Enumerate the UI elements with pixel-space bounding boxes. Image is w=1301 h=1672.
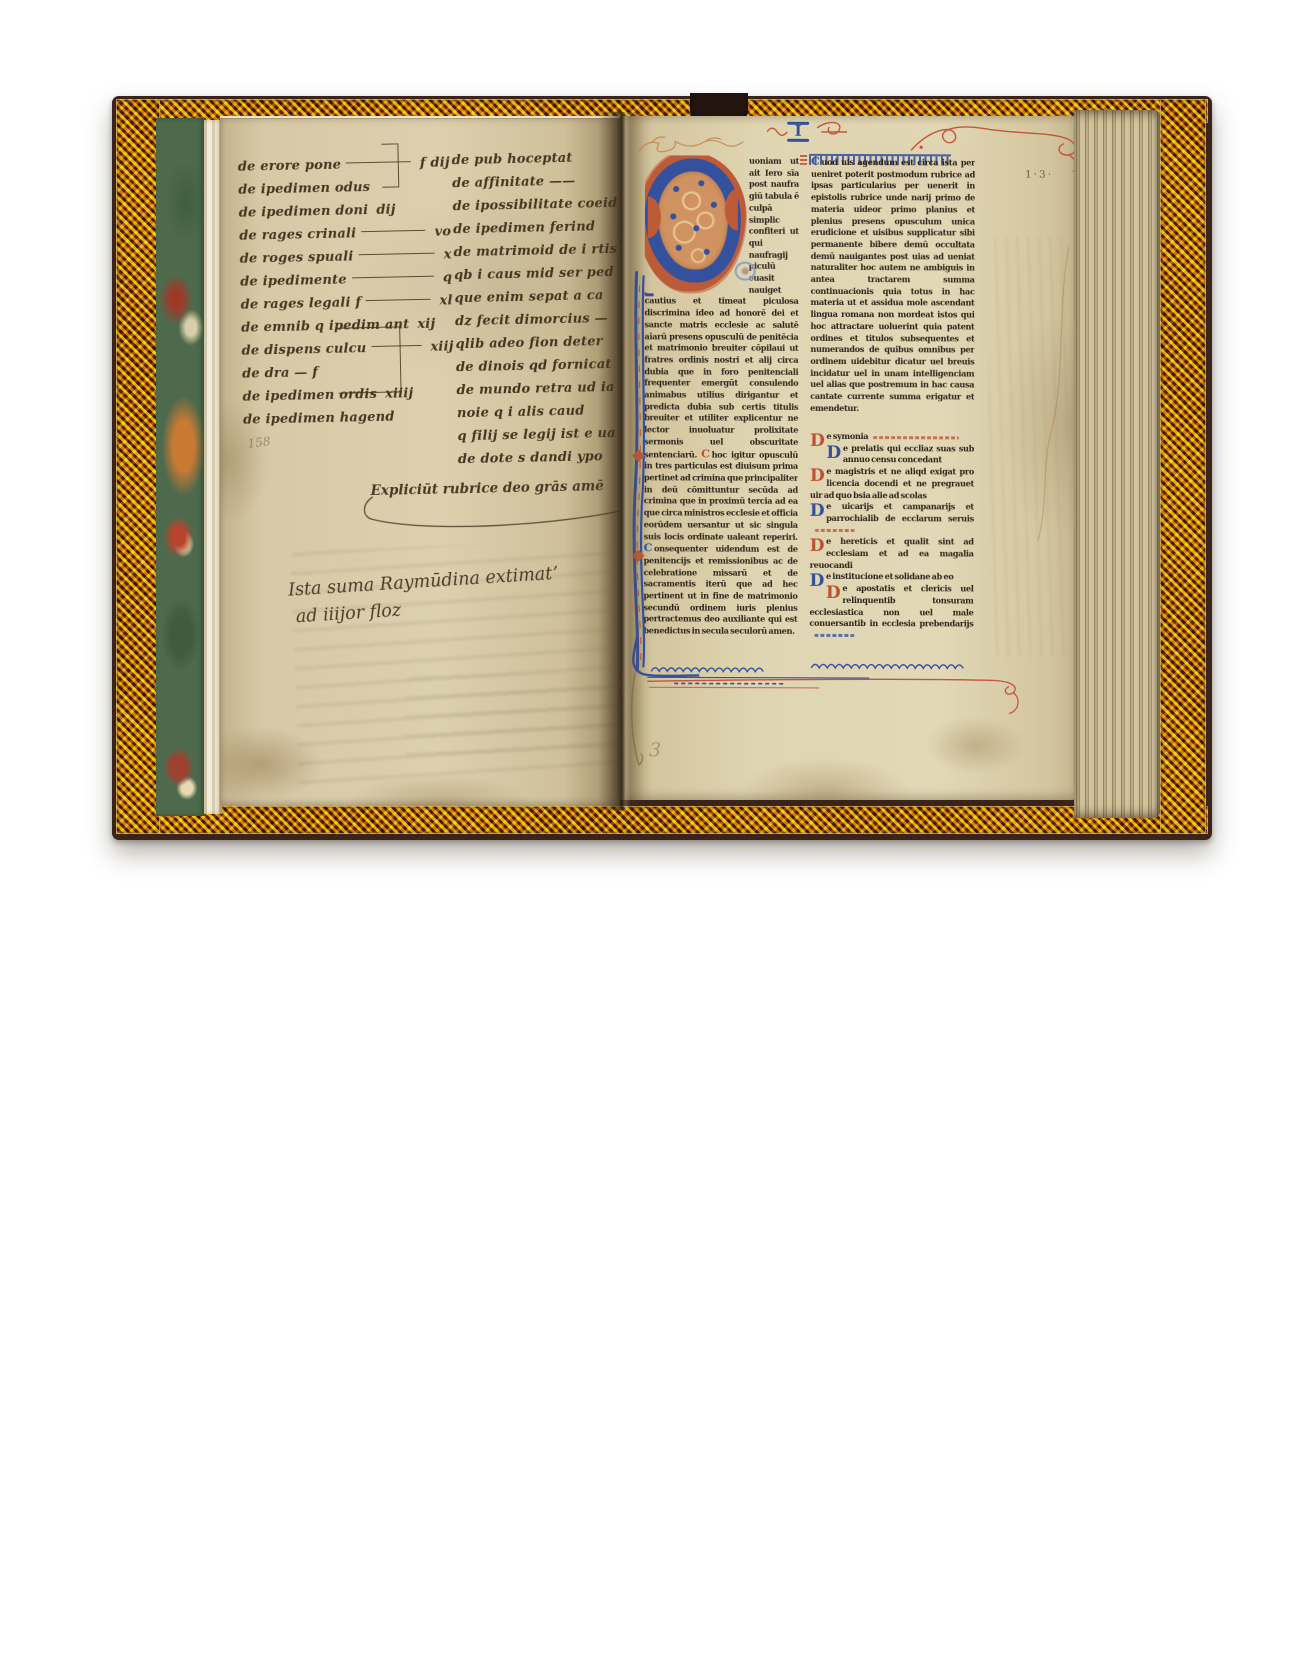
illuminated-initial-Q — [645, 158, 741, 282]
quire-mark: 3 — [649, 739, 661, 761]
gilt-border-left — [116, 99, 160, 834]
folio-number: 1·3· — [1025, 169, 1053, 181]
initial-tail — [643, 269, 653, 296]
gutter-shadow — [598, 112, 644, 810]
rubric-entry: De apostatis et clericis uel relinquenti… — [809, 583, 973, 638]
text-column-1: uoniam ut ait Iero sīa post naufra giū t… — [643, 155, 799, 634]
fore-edge-page-stack — [1074, 110, 1160, 818]
rubric-entry: De uicarijs et campanarijs et parrochial… — [810, 501, 974, 537]
index-bracket — [381, 143, 399, 187]
rubric-entry: De magistris et ne aliqd exigat pro lice… — [810, 466, 974, 502]
rubric-entry: De prelatis qui eccliaz suas sub annuo c… — [810, 443, 974, 467]
paraph-mark: C — [644, 541, 652, 554]
text-column-2: Cuod uis agendum est circa ista per ueni… — [809, 156, 975, 639]
rubric-list: De symoniaDe prelatis qui eccliaz suas s… — [809, 431, 974, 639]
faint-scribble: 158 — [247, 434, 271, 451]
left-page-content: de erore ponef dijde ipedimen odusde ipe… — [213, 112, 627, 810]
marbled-endpaper — [156, 118, 206, 816]
paraph-mark: C — [701, 447, 709, 460]
photo-stage: de erore ponef dijde ipedimen odusde ipe… — [0, 0, 1301, 1672]
rubric-entry: De symonia — [810, 431, 974, 443]
manuscript-book: de erore ponef dijde ipedimen odusde ipe… — [112, 96, 1212, 840]
paraph-mark: C — [811, 156, 819, 168]
spiral-ornament — [735, 262, 756, 281]
index-row: de ipedimen hagend — [243, 404, 455, 431]
raymundina-note: Ista suma Raymūdina extimatʼ ad iiijor f… — [287, 557, 620, 632]
rubric-entry: De hereticis et qualit sint ad ecclesiam… — [810, 536, 974, 572]
chapter-numeral: I — [783, 120, 813, 142]
left-page: de erore ponef dijde ipedimen odusde ipe… — [220, 116, 620, 806]
right-page: I 1·3· uoniam ut ait Iero sīa post naufr… — [620, 116, 1076, 800]
margin-showthrough — [987, 236, 1068, 656]
right-page-content: I 1·3· uoniam ut ait Iero sīa post naufr… — [619, 115, 1077, 801]
rubric-entry: De institucione et solidane ab eo — [810, 571, 974, 583]
gilt-border-bottom — [116, 806, 1208, 834]
showthrough-text — [405, 672, 617, 766]
gilt-border-right — [1160, 99, 1206, 834]
index-bracket — [337, 326, 401, 393]
column-2-body-text: Cuod uis agendum est circa ista per ueni… — [810, 156, 975, 429]
